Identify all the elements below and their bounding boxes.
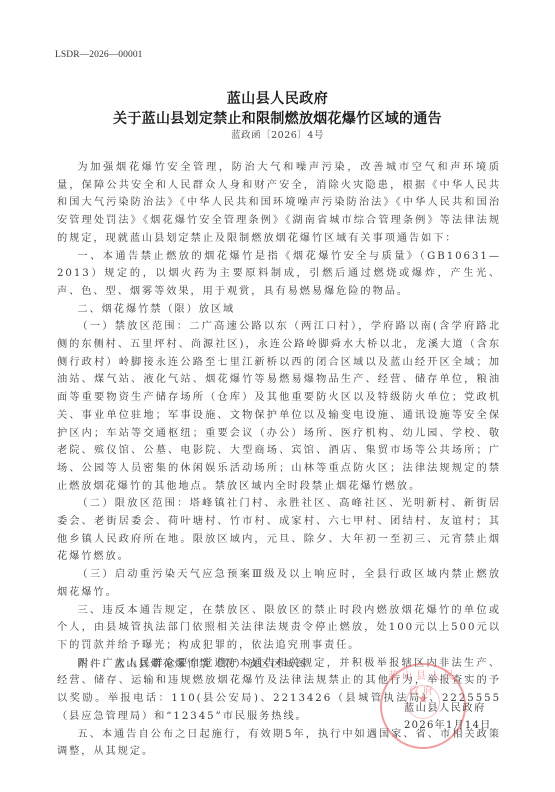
signature-issuer: 蓝山县人民政府 xyxy=(404,699,486,714)
notice-title: 关于蓝山县划定禁止和限制燃放烟花爆竹区域的通告 xyxy=(0,108,555,128)
paragraph-section-3: 三、违反本通告规定，在禁放区、限放区的禁止时段内燃放烟花爆竹的单位或个人，由县城… xyxy=(57,602,501,655)
paragraph-restricted-zone: （二）限放区范围：塔峰镇社门村、永胜社区、高峰社区、光明新村、新街居委会、老街居… xyxy=(57,495,501,566)
paragraph-section-2-heading: 二、烟花爆竹禁（限）放区域 xyxy=(57,301,501,319)
document-page: LSDR—2026—00001 蓝山县人民政府 关于蓝山县划定禁止和限制燃放烟花… xyxy=(0,0,555,792)
paragraph-preamble: 为加强烟花爆竹安全管理，防治大气和噪声污染，改善城市空气和声环境质量，保障公共安… xyxy=(57,159,501,248)
issuer-title: 蓝山县人民政府 xyxy=(0,88,555,108)
document-number: 蓝政函〔2026〕4号 xyxy=(0,127,555,141)
document-code: LSDR—2026—00001 xyxy=(55,50,143,60)
paragraph-pollution-response: （三）启动重污染天气应急预案Ⅲ级及以上响应时，全县行政区域内禁止燃放烟花爆竹。 xyxy=(57,566,501,601)
paragraph-section-1: 一、本通告禁止燃放的烟花爆竹是指《烟花爆竹安全与质量》（GB10631—2013… xyxy=(57,248,501,301)
attachment-note: 附件：蓝山县烟花爆竹禁（限）放区区域图 xyxy=(78,655,308,670)
issue-date: 2026年1月14日 xyxy=(404,716,492,731)
paragraph-prohibited-zone: （一）禁放区范围：二广高速公路以东（两江口村），学府路以南(含学府路北侧的东侧村… xyxy=(57,318,501,495)
